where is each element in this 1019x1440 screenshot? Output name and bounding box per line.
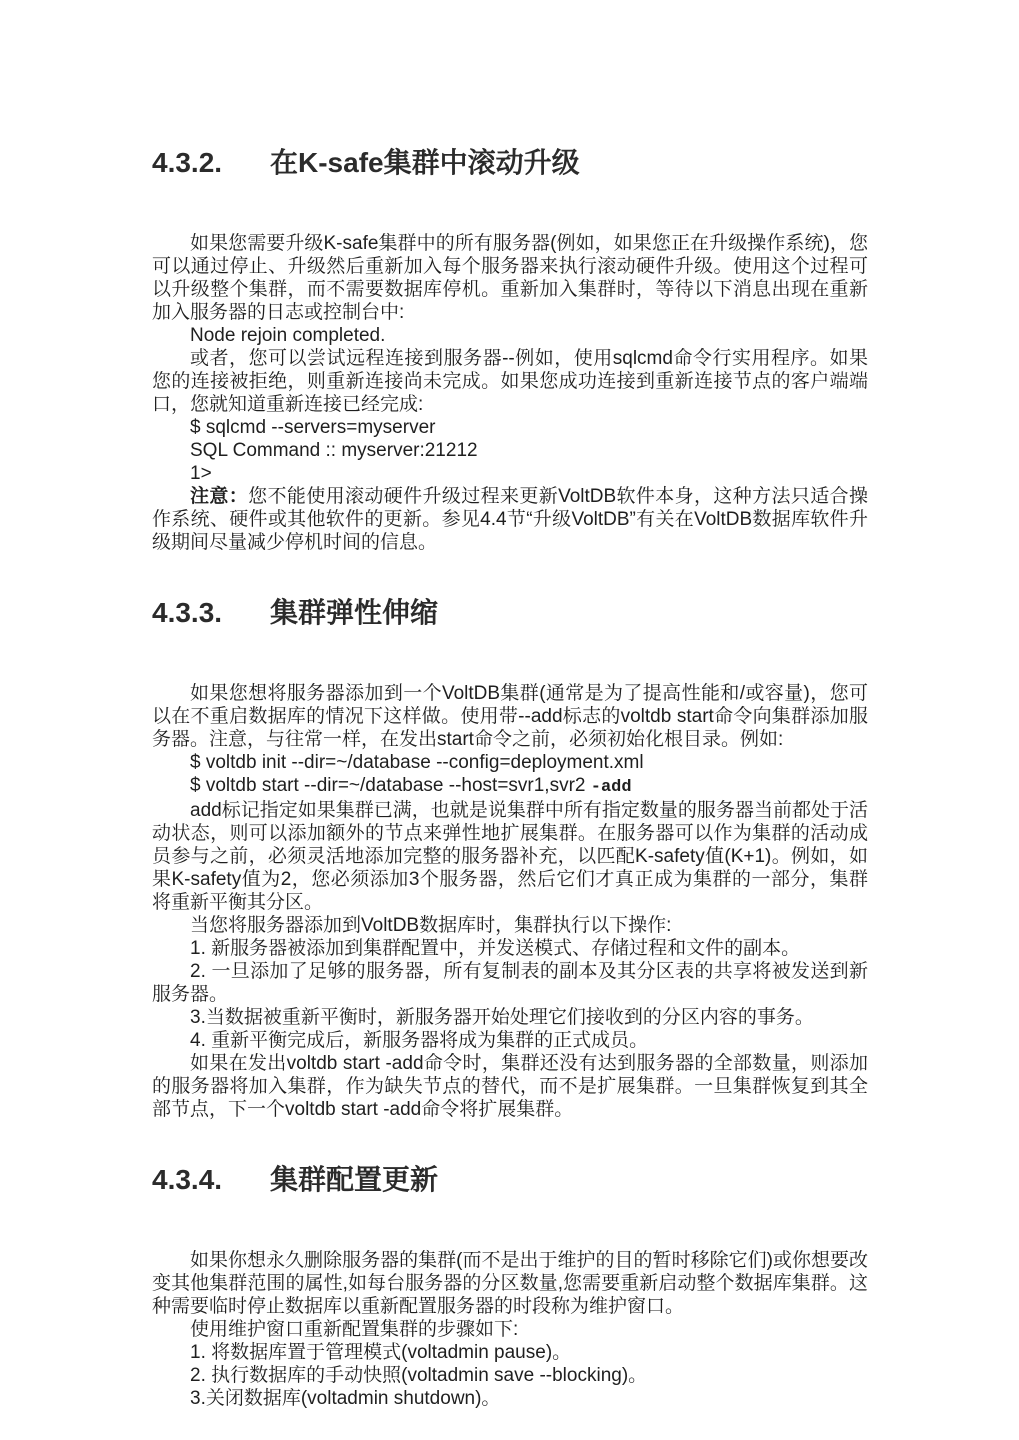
heading-number: 4.3.4. — [152, 1164, 270, 1196]
section-heading-4-3-2: 4.3.2.在K-safe集群中滚动升级 — [152, 141, 868, 181]
command-output-line: SQL Command :: myserver:21212 — [152, 439, 868, 462]
add-flag: -add — [591, 778, 632, 797]
note-label: 注意： — [190, 486, 248, 507]
paragraph: 如果您需要升级K-safe集群中的所有服务器(例如，如果您正在升级操作系统)，您… — [152, 232, 868, 324]
list-item: 4. 重新平衡完成后，新服务器将成为集群的正式成员。 — [152, 1029, 868, 1052]
note-paragraph: 注意：您不能使用滚动硬件升级过程来更新VoltDB软件本身，这种方法只适合操作系… — [152, 485, 868, 554]
heading-title: 在K-safe集群中滚动升级 — [270, 147, 580, 178]
heading-title: 集群弹性伸缩 — [270, 597, 438, 628]
paragraph-lead-line: 当您将服务器添加到VoltDB数据库时，集群执行以下操作: — [152, 914, 868, 937]
paragraph: 或者，您可以尝试远程连接到服务器--例如，使用sqlcmd命令行实用程序。如果您… — [152, 347, 868, 416]
heading-number: 4.3.3. — [152, 597, 270, 629]
paragraph: 如果你想永久删除服务器的集群(而不是出于维护的目的暂时移除它们)或你想要改变其他… — [152, 1249, 868, 1318]
document-page: 4.3.2.在K-safe集群中滚动升级 如果您需要升级K-safe集群中的所有… — [0, 0, 1019, 1440]
list-item: 1. 新服务器被添加到集群配置中，并发送模式、存储过程和文件的副本。 — [152, 937, 868, 960]
prompt-line: 1> — [152, 462, 868, 485]
heading-title: 集群配置更新 — [270, 1164, 438, 1195]
paragraph-lead-line: 使用维护窗口重新配置集群的步骤如下: — [152, 1318, 868, 1341]
paragraph: add标记指定如果集群已满，也就是说集群中所有指定数量的服务器当前都处于活动状态… — [152, 799, 868, 914]
list-item: 2. 一旦添加了足够的服务器，所有复制表的副本及其分区表的共享将被发送到新服务器… — [152, 960, 868, 1006]
list-item: 3.当数据被重新平衡时，新服务器开始处理它们接收到的分区内容的事务。 — [152, 1006, 868, 1029]
console-message-line: Node rejoin completed. — [152, 324, 868, 347]
note-text: 您不能使用滚动硬件升级过程来更新VoltDB软件本身，这种方法只适合操作系统、硬… — [152, 486, 868, 553]
section-heading-4-3-3: 4.3.3.集群弹性伸缩 — [152, 591, 868, 631]
command-line: $ sqlcmd --servers=myserver — [152, 416, 868, 439]
list-item: 3.关闭数据库(voltadmin shutdown)。 — [152, 1387, 868, 1410]
command-text: $ voltdb start --dir=~/database --host=s… — [190, 775, 591, 796]
list-item: 1. 将数据库置于管理模式(voltadmin pause)。 — [152, 1341, 868, 1364]
heading-number: 4.3.2. — [152, 147, 270, 179]
command-line: $ voltdb start --dir=~/database --host=s… — [152, 774, 868, 799]
list-item: 2. 执行数据库的手动快照(voltadmin save --blocking)… — [152, 1364, 868, 1387]
section-heading-4-3-4: 4.3.4.集群配置更新 — [152, 1158, 868, 1198]
paragraph: 如果在发出voltdb start -add命令时，集群还没有达到服务器的全部数… — [152, 1052, 868, 1121]
paragraph: 如果您想将服务器添加到一个VoltDB集群(通常是为了提高性能和/或容量)，您可… — [152, 682, 868, 751]
command-line: $ voltdb init --dir=~/database --config=… — [152, 751, 868, 774]
